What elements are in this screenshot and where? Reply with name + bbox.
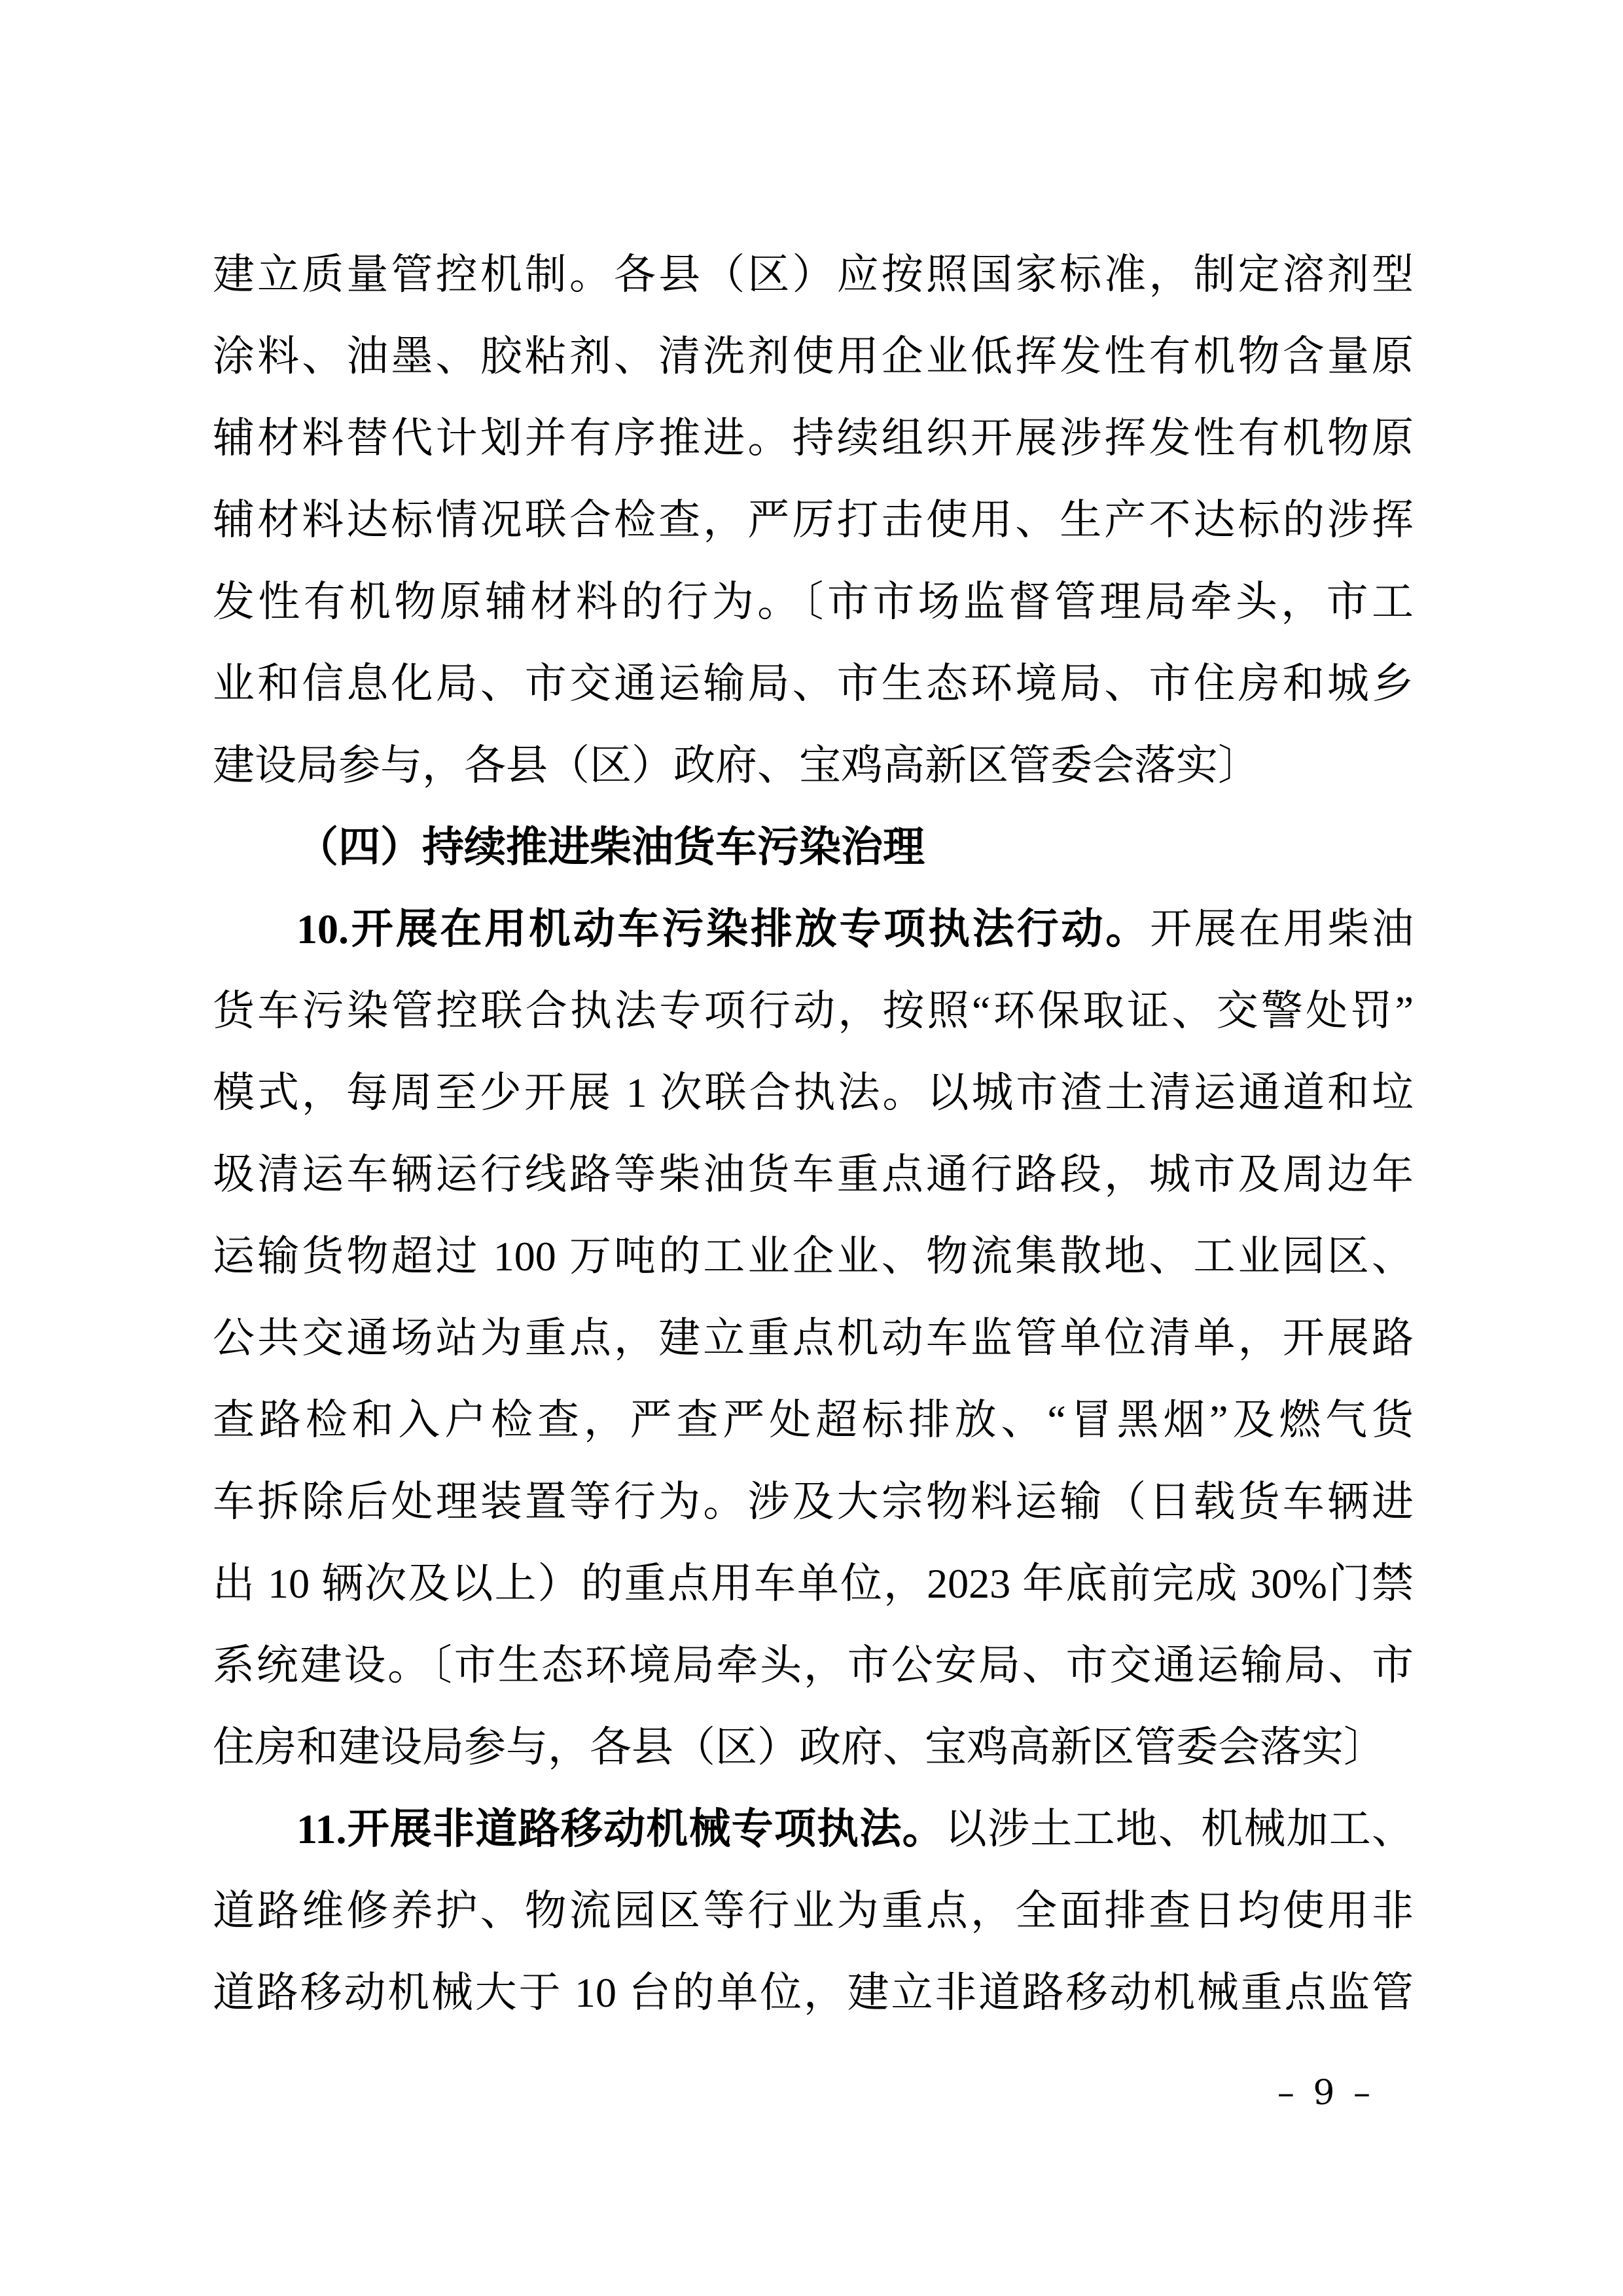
text-line: 运输货物超过 100 万吨的工业企业、物流集散地、工业园区、 xyxy=(213,1215,1414,1297)
paragraph-11-title: 11.开展非道路移动机械专项执法。 xyxy=(296,1806,945,1852)
text-line: 建立质量管控机制。各县（区）应按照国家标准，制定溶剂型 xyxy=(213,234,1414,315)
text-line: 住房和建设局参与，各县（区）政府、宝鸡高新区管委会落实〕 xyxy=(213,1706,1414,1788)
text-line: 道路维修养护、物流园区等行业为重点，全面排查日均使用非 xyxy=(213,1870,1414,1952)
document-page: 建立质量管控机制。各县（区）应按照国家标准，制定溶剂型 涂料、油墨、胶粘剂、清洗… xyxy=(0,0,1623,2296)
text-line: 出 10 辆次及以上）的重点用车单位，2023 年底前完成 30%门禁 xyxy=(213,1543,1414,1624)
text-line: 10.开展在用机动车污染排放专项执法行动。开展在用柴油 xyxy=(213,888,1414,970)
paragraph-10-title: 10.开展在用机动车污染排放专项执法行动。 xyxy=(296,906,1150,952)
text-line: 11.开展非道路移动机械专项执法。以涉土工地、机械加工、 xyxy=(213,1788,1414,1870)
text-line: 建设局参与，各县（区）政府、宝鸡高新区管委会落实〕 xyxy=(213,725,1414,806)
text-line: 系统建设。〔市生态环境局牵头，市公安局、市交通运输局、市 xyxy=(213,1624,1414,1706)
text-line: 辅材料达标情况联合检查，严厉打击使用、生产不达标的涉挥 xyxy=(213,479,1414,561)
document-body: 建立质量管控机制。各县（区）应按照国家标准，制定溶剂型 涂料、油墨、胶粘剂、清洗… xyxy=(213,234,1414,2034)
text-line: 查路检和入户检查，严查严处超标排放、“冒黑烟”及燃气货 xyxy=(213,1379,1414,1461)
paragraph-10-text: 开展在用柴油 xyxy=(1150,906,1414,952)
paragraph-11-text: 以涉土工地、机械加工、 xyxy=(945,1806,1414,1852)
text-line: 辅材料替代计划并有序推进。持续组织开展涉挥发性有机物原 xyxy=(213,397,1414,479)
text-line: 圾清运车辆运行线路等柴油货车重点通行路段，城市及周边年 xyxy=(213,1134,1414,1215)
text-line: 货车污染管控联合执法专项行动，按照“环保取证、交警处罚” xyxy=(213,970,1414,1052)
text-line: 车拆除后处理装置等行为。涉及大宗物料运输（日载货车辆进 xyxy=(213,1461,1414,1543)
text-line: 模式，每周至少开展 1 次联合执法。以城市渣土清运通道和垃 xyxy=(213,1052,1414,1134)
text-line: 公共交通场站为重点，建立重点机动车监管单位清单，开展路 xyxy=(213,1297,1414,1379)
section-heading: （四）持续推进柴油货车污染治理 xyxy=(213,806,1414,888)
text-line: 业和信息化局、市交通运输局、市生态环境局、市住房和城乡 xyxy=(213,643,1414,725)
text-line: 发性有机物原辅材料的行为。〔市市场监督管理局牵头，市工 xyxy=(213,561,1414,643)
text-line: 涂料、油墨、胶粘剂、清洗剂使用企业低挥发性有机物含量原 xyxy=(213,315,1414,397)
page-number: – 9 – xyxy=(1277,2073,1374,2113)
text-line: 道路移动机械大于 10 台的单位，建立非道路移动机械重点监管 xyxy=(213,1952,1414,2034)
